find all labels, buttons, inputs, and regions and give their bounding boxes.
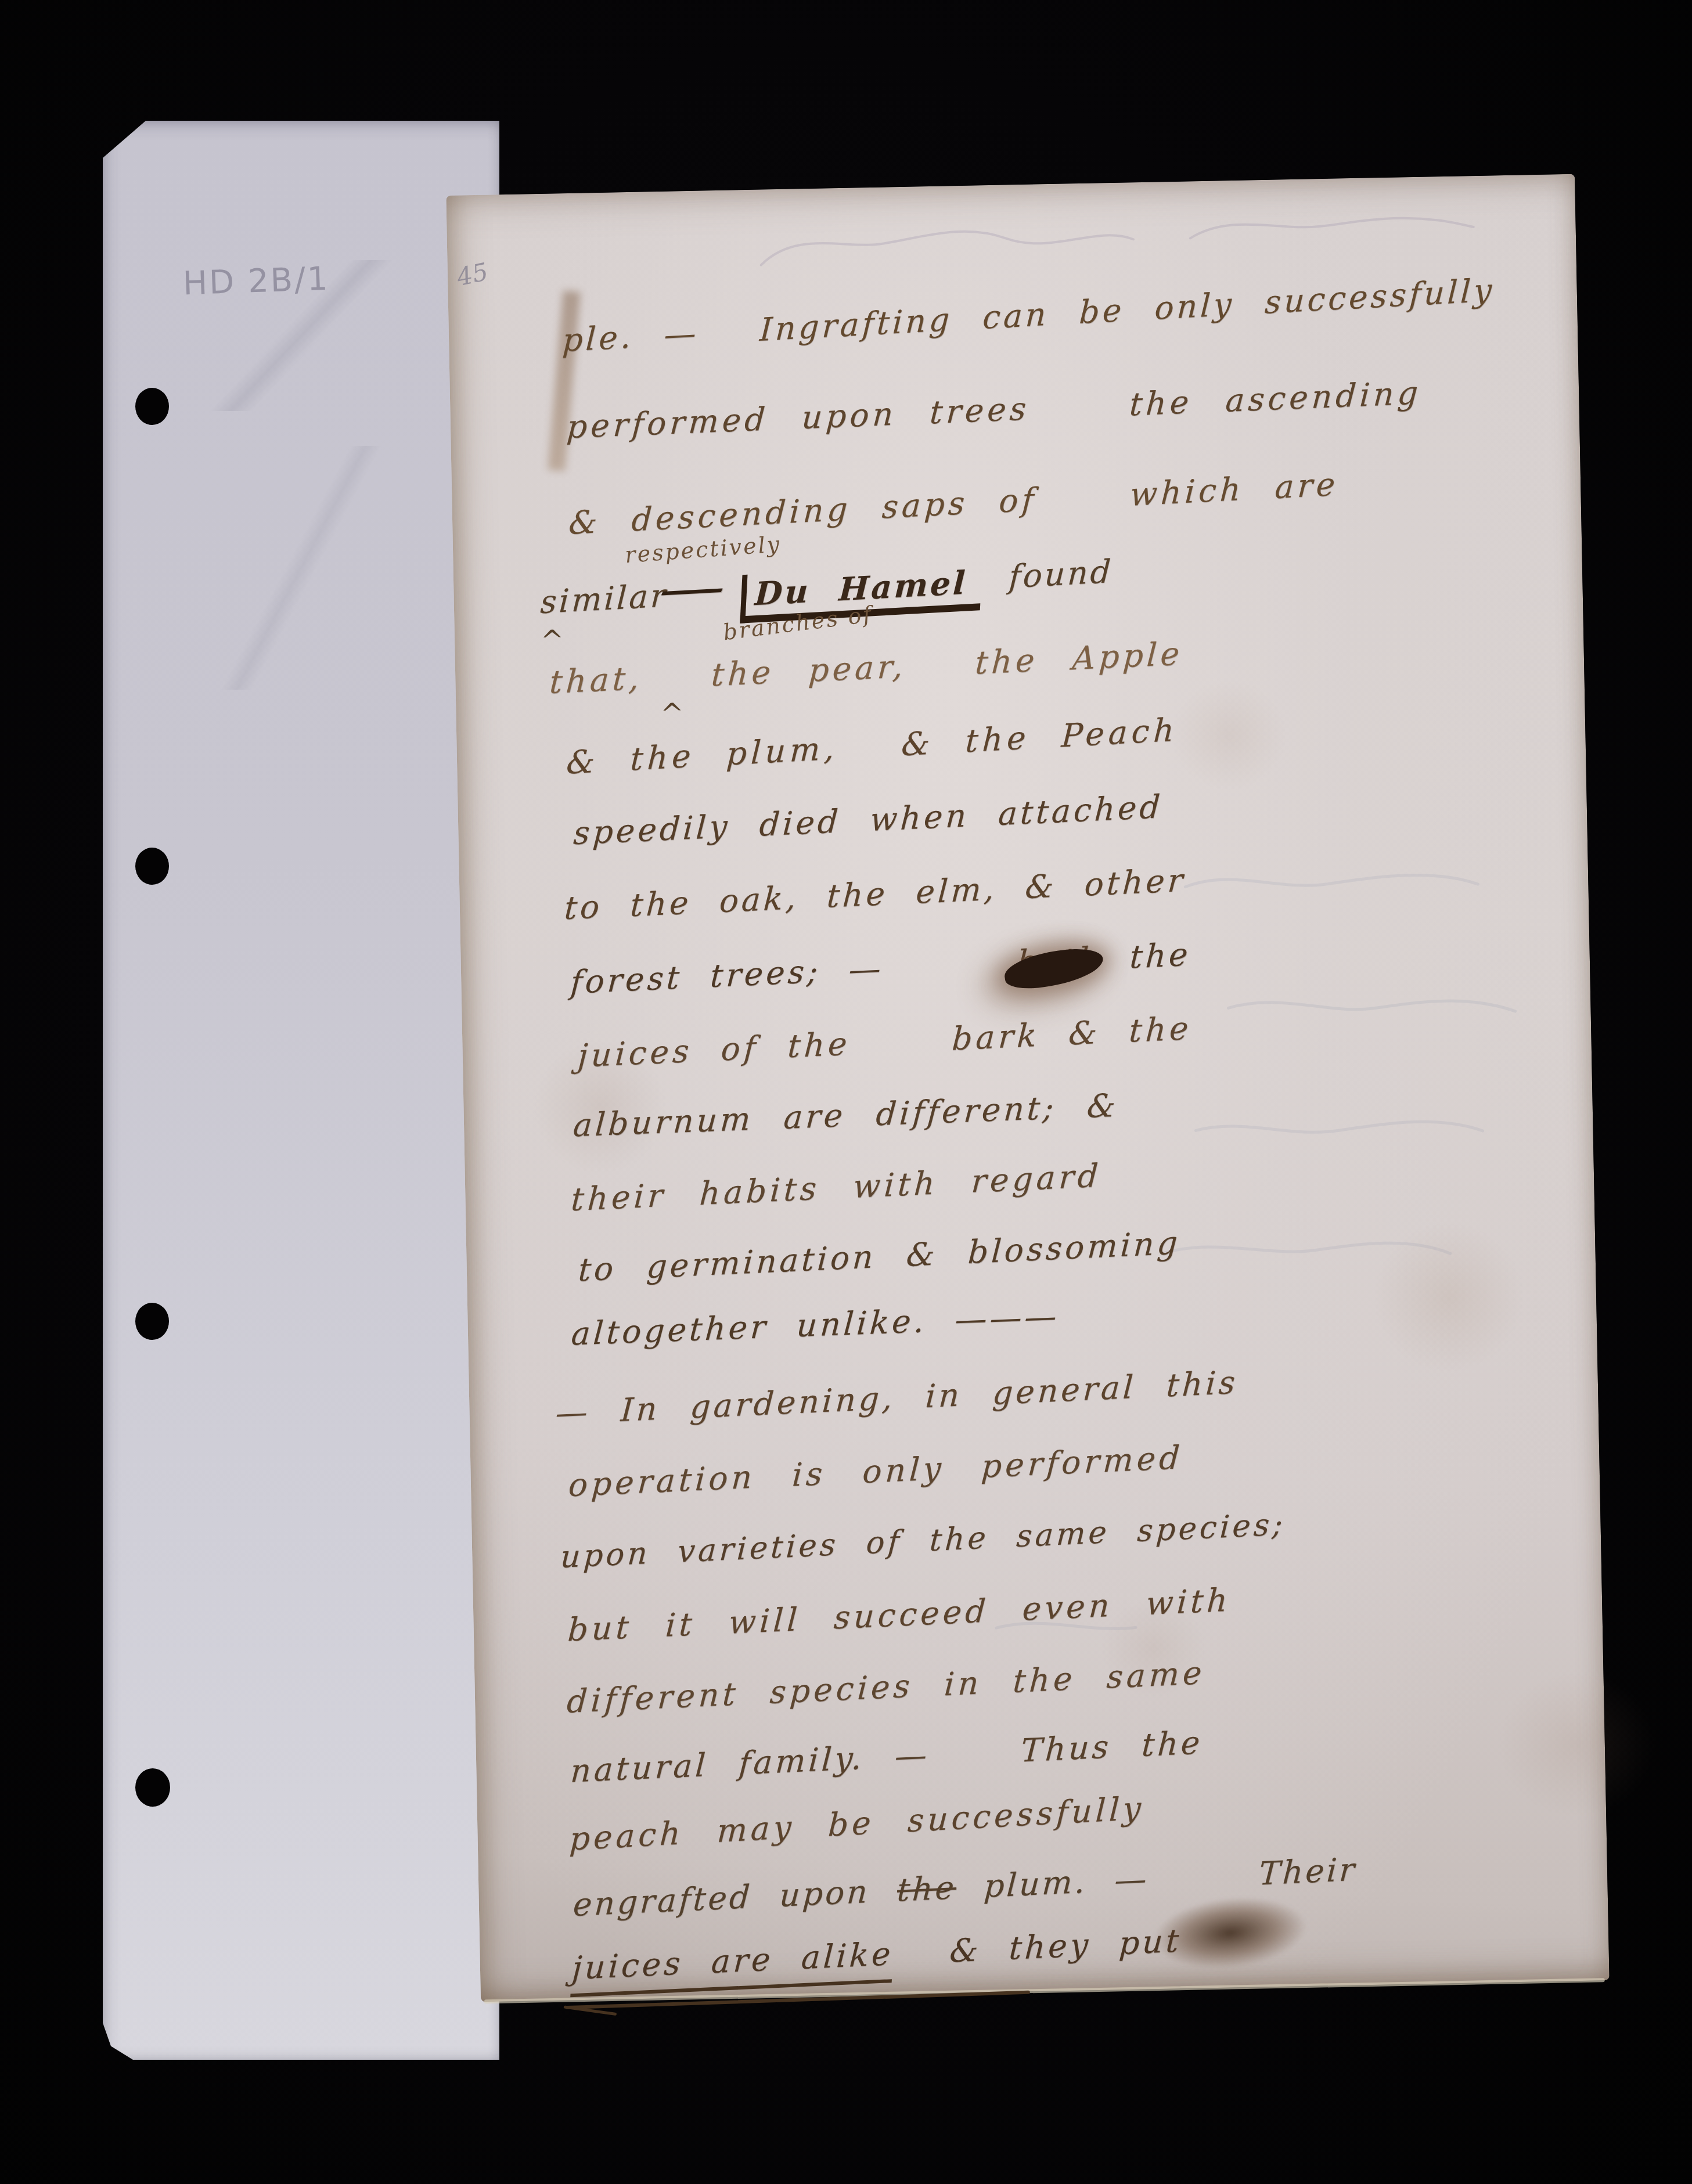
manuscript-line: — In gardening, in general this xyxy=(555,1367,1239,1430)
manuscript-line: juices are alike & they put xyxy=(571,1924,1183,1984)
handwritten-text-block: ple. — Ingrafting can be only successful… xyxy=(446,174,1575,196)
manuscript-line: & descending saps of which are xyxy=(568,468,1340,539)
foxing-stain xyxy=(1372,1220,1526,1374)
insertion-caret: ^ xyxy=(541,624,564,657)
manuscript-line: their habits with regard xyxy=(570,1160,1103,1216)
archival-label: HD 2B/1 xyxy=(182,260,330,303)
show-through-writing xyxy=(446,174,1609,2002)
manuscript-line: different species in the same xyxy=(566,1657,1206,1718)
manuscript-line: operation is only performed xyxy=(568,1441,1185,1501)
manuscript-line: altogether unlike. ——— xyxy=(570,1300,1060,1350)
manuscript-line: but it will succeed even with xyxy=(567,1584,1232,1646)
punch-hole xyxy=(135,1303,169,1340)
manuscript-line: juices of thebark & the xyxy=(577,1012,1193,1072)
manuscript-line: peach may be successfully xyxy=(569,1792,1146,1855)
manuscript-line: forest trees; —both the xyxy=(570,938,1191,999)
manuscript-line: that, the pear, the Apple xyxy=(549,637,1184,698)
punch-hole xyxy=(135,1768,170,1807)
page-number: 45 xyxy=(454,257,491,291)
manuscript-line: & the plum, & the Peach xyxy=(566,713,1179,779)
manuscript-line: to the oak, the elm, & other xyxy=(563,864,1186,925)
punch-hole xyxy=(135,848,169,885)
punch-hole xyxy=(135,388,169,425)
insertion-caret: ^ xyxy=(660,697,684,730)
manuscript-line: ple. — Ingrafting can be only successful… xyxy=(561,274,1495,356)
foxing-stain xyxy=(1497,1671,1657,1819)
manuscript-line: upon varieties of the same species; xyxy=(560,1509,1287,1573)
photograph-background: HD 2B/1 45 ple. — Ingrafting can be only… xyxy=(0,0,1692,2184)
ink-blot-large xyxy=(1150,1890,1310,1976)
foxing-stain xyxy=(1170,679,1288,791)
manuscript-line: performed upon trees the ascending xyxy=(566,377,1422,443)
manuscript-line: natural family. — Thus the xyxy=(570,1727,1204,1787)
archive-mount-strip: HD 2B/1 xyxy=(103,121,499,2060)
paper-crease xyxy=(103,446,499,690)
manuscript-line: speedily died when attached xyxy=(573,791,1164,849)
manuscript-line: to germination & blossoming xyxy=(577,1227,1181,1286)
manuscript-line: alburnum are different; & xyxy=(572,1090,1119,1142)
manuscript-page: 45 ple. — Ingrafting can be only success… xyxy=(446,174,1609,2002)
